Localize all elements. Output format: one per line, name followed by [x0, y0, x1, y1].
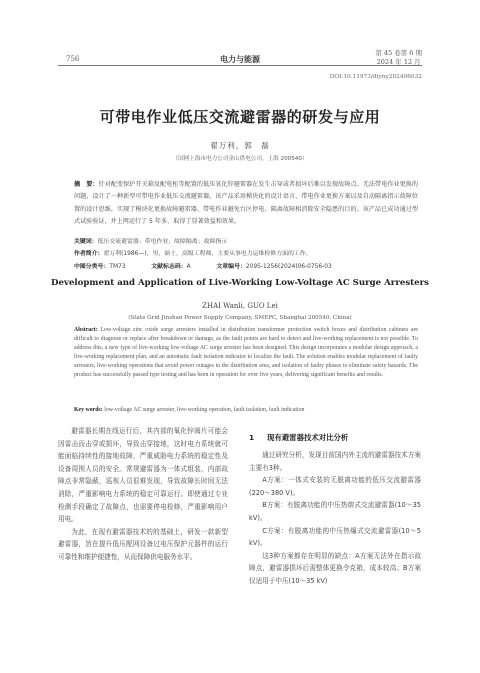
affiliation-english: (State Grid Jinshan Power Supply Company… [0, 315, 480, 321]
abstract-chinese: 摘 要：针对配变保护开关箱及配电柜等配置的低压氧化锌避雷器在发生击穿或者损坏后难… [74, 179, 418, 228]
article-metadata: 关键词：低压交流避雷器；带电作业；故障隔离；故障指示 作者简介：翟万利(1986… [74, 236, 418, 273]
header-divider [58, 65, 422, 66]
keywords-chinese: 关键词：低压交流避雷器；带电作业；故障隔离；故障指示 [74, 236, 418, 248]
paper-page: 756 电力与能源 第 45 卷第 6 期 2024 年 12 月 DOI:10… [0, 0, 480, 673]
section-heading: 1现有避雷器技术对比分析 [249, 432, 421, 444]
abstract-chinese-label: 摘 要： [74, 181, 99, 188]
body-column-right: 1现有避雷器技术对比分析 通过研究分析，发现目前国内外主流的避雷器技术方案主要有… [249, 425, 421, 588]
clc-label: 中图分类号： [74, 264, 109, 270]
author-bio-label: 作者简介： [74, 251, 103, 257]
body-paragraph: A方案：一体式安装的无脱离功能的低压交流避雷器(220～380 V)。 [249, 474, 421, 499]
section-title: 现有避雷器技术对比分析 [267, 433, 348, 442]
article-number-label: 文章编号： [216, 264, 245, 270]
abstract-english-label: Abstract: [74, 327, 98, 333]
body-paragraph: 这3种方案都存在明显的缺点：A方案无法外在指示故障点，避雷器损坏后需整体更换令克… [249, 550, 421, 588]
keywords-english: Key words: low-voltage AC surge arrester… [74, 406, 418, 415]
clc-value: TM73 [109, 264, 125, 270]
abstract-chinese-text: 针对配变保护开关箱及配电柜等配置的低压氧化锌避雷器在发生击穿或者损坏后难以发现故… [74, 181, 418, 225]
body-paragraph: C方案：有脱离功能的中压热爆式交流避雷器(10～5 kV)。 [249, 525, 421, 550]
body-paragraph: 通过研究分析，发现目前国内外主流的避雷器技术方案主要有3种。 [249, 449, 421, 474]
keywords-chinese-text: 低压交流避雷器；带电作业；故障隔离；故障指示 [98, 239, 228, 245]
journal-name: 电力与能源 [58, 54, 422, 65]
article-number-value: 2095-1256(2024)06-0756-03 [246, 264, 332, 270]
abstract-english-text: Low-voltage zinc oxide surge arresters i… [74, 327, 418, 378]
body-paragraph: 避雷器长期在线运行后，其内部的氧化锌阀片可能会因雷击而击穿或损坏，导致击穿接地，… [58, 425, 228, 526]
author-bio-text: 翟万利(1986—)，男，硕士，高级工程师，主要从事电力运维检修方面的工作。 [103, 251, 311, 257]
body-paragraph: B方案：有脱离功能的中压热熔式交流避雷器(10～35 kV)。 [249, 499, 421, 524]
doc-code-label: 文献标志码： [151, 264, 186, 270]
doc-code-value: A [187, 264, 191, 270]
title-chinese: 可带电作业低压交流避雷器的研发与应用 [0, 106, 480, 127]
abstract-english: Abstract: Low-voltage zinc oxide surge a… [74, 326, 418, 381]
volume-issue: 第 45 卷第 6 期 [375, 49, 422, 58]
authors-english: ZHAI Wanli, GUO Lei [0, 302, 480, 310]
body-column-left: 避雷器长期在线运行后，其内部的氧化锌阀片可能会因雷击而击穿或损坏，导致击穿接地，… [58, 425, 228, 564]
keywords-chinese-label: 关键词： [74, 239, 98, 245]
section-number: 1 [249, 432, 267, 444]
title-english: Development and Application of Live-Work… [0, 278, 480, 288]
classification-line: 中图分类号：TM73 文献标志码：A 文章编号：2095-1256(2024)0… [74, 261, 418, 273]
keywords-english-text: low-voltage AC surge arrester, live-work… [103, 407, 305, 413]
affiliation-chinese: （国网上海市电力公司金山供电公司，上海 200540） [0, 154, 480, 162]
authors-chinese: 翟万利，郭 磊 [0, 140, 480, 151]
author-bio: 作者简介：翟万利(1986—)，男，硕士，高级工程师，主要从事电力运维检修方面的… [74, 248, 418, 260]
running-header: 756 电力与能源 第 45 卷第 6 期 2024 年 12 月 [58, 49, 422, 65]
body-paragraph: 为此，在现有避雷器技术的的基础上，研发一款新型避雷器，旨在提升低压配网设备过电压… [58, 526, 228, 564]
keywords-english-label: Key words: [74, 407, 103, 413]
doi: DOI:10.11973/dlyny202406032 [330, 74, 422, 80]
